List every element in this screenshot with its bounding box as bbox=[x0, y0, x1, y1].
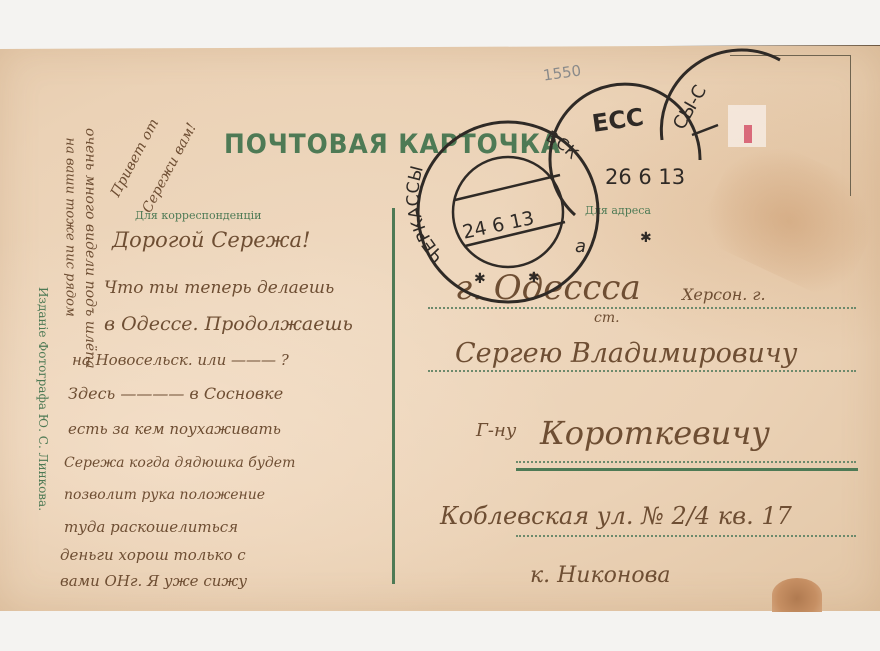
partial-postmark: СЫ-С bbox=[661, 50, 780, 140]
odessa-arc-text: ЕСС bbox=[590, 103, 645, 138]
svg-text:✱: ✱ bbox=[474, 271, 486, 287]
svg-text:✱: ✱ bbox=[528, 270, 540, 286]
postmarks-layer: ЧЕРКАССЫ ВСК 24 6 13 а ✱ ✱ ЕСС 26 6 13 ✱… bbox=[0, 0, 880, 651]
svg-text:✱: ✱ bbox=[640, 230, 652, 246]
cherkassy-postmark: ЧЕРКАССЫ ВСК 24 6 13 а ✱ ✱ bbox=[403, 122, 598, 302]
cherkassy-arc-text: ЧЕРКАССЫ bbox=[403, 164, 448, 266]
odessa-date: 26 6 13 bbox=[605, 165, 685, 189]
cherkassy-letter: а bbox=[575, 236, 586, 257]
partial-arc-text: СЫ-С bbox=[669, 82, 711, 134]
